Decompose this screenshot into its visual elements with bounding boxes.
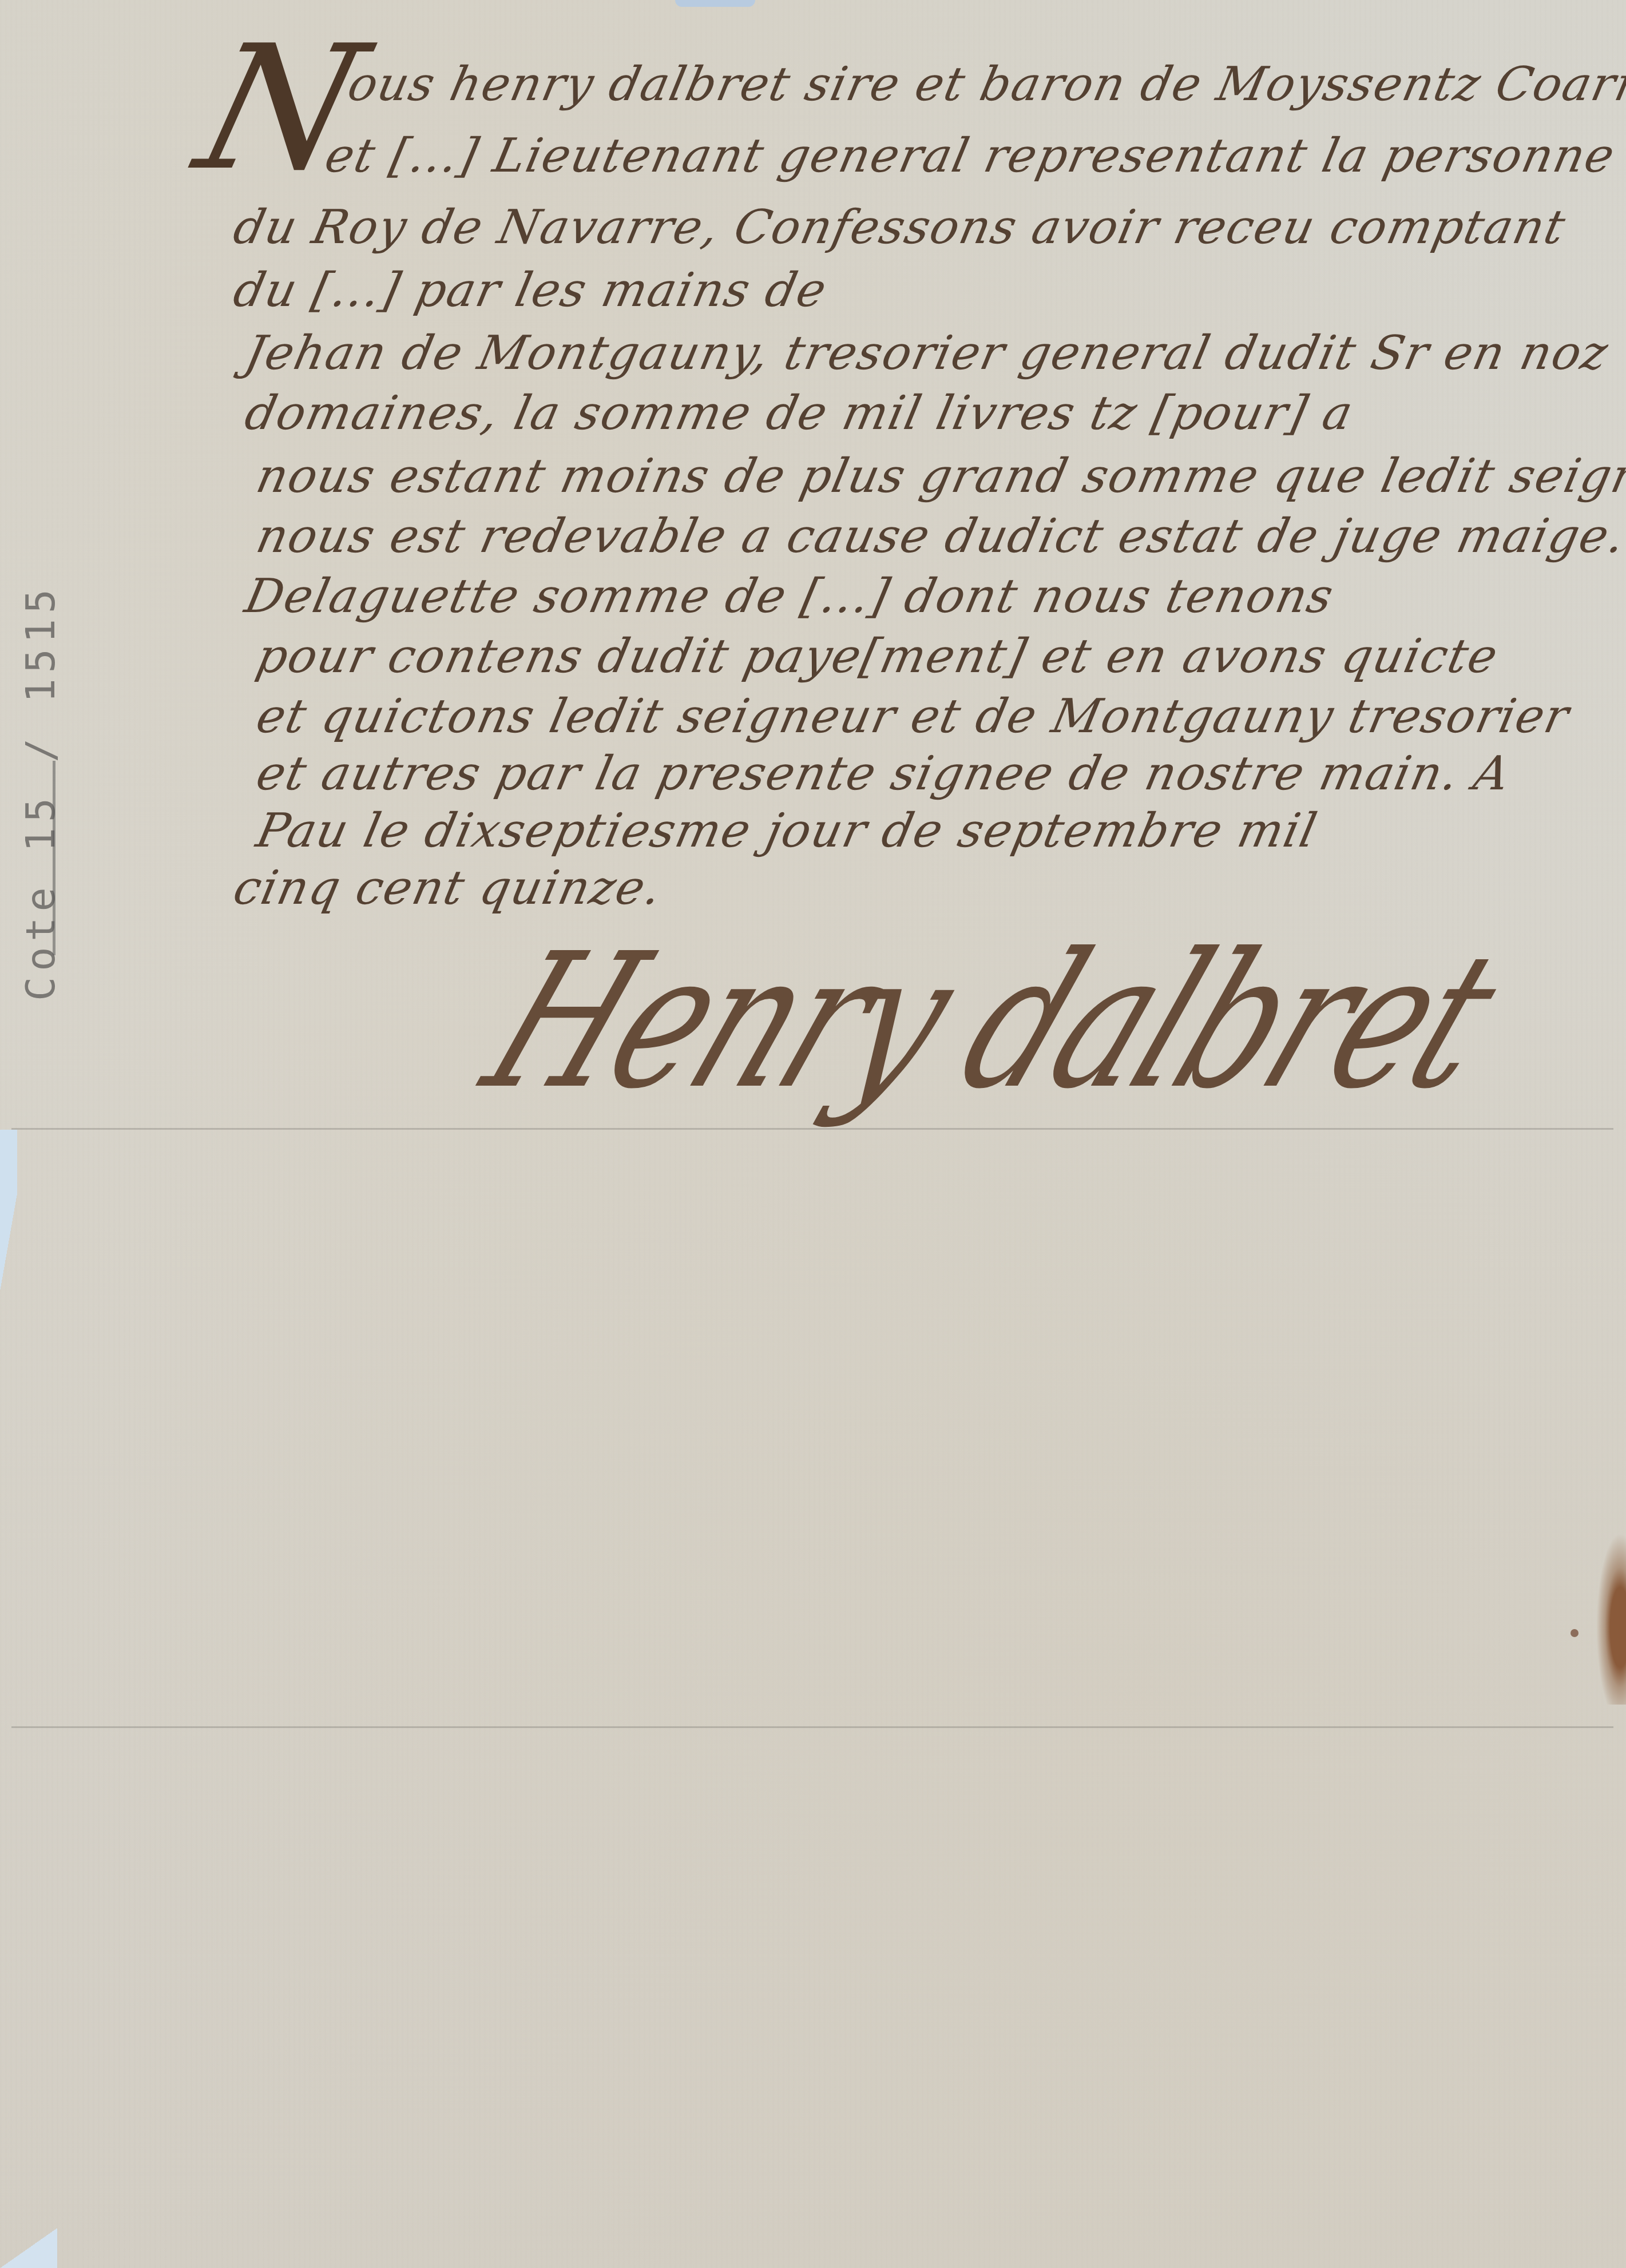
- manuscript-line: et [...] Lieutenant general representant…: [320, 129, 1620, 183]
- manuscript-line: domaines, la somme de mil livres tz [pou…: [240, 386, 1358, 440]
- manuscript-line: Pau le dixseptiesme jour de septembre mi…: [252, 804, 1322, 858]
- signature: Henry dalbret: [460, 913, 1524, 1129]
- water-stain: [1596, 1533, 1626, 1705]
- margin-rule: [53, 761, 55, 955]
- manuscript-line: nous est redevable a cause dudict estat …: [252, 509, 1626, 563]
- manuscript-line: et quictons ledit seigneur et de Montgau…: [252, 689, 1575, 744]
- manuscript-line: du Roy de Navarre, Confessons avoir rece…: [229, 200, 1571, 255]
- torn-edge-top: [675, 0, 755, 7]
- manuscript-line: cinq cent quinze.: [229, 861, 667, 915]
- torn-corner-bottom-left: [0, 2219, 57, 2268]
- fold-line: [11, 1726, 1613, 1728]
- ink-spot: [1571, 1629, 1579, 1637]
- archival-margin-note: Cote 15 / 1515: [17, 583, 64, 1001]
- manuscript-line: ous henry dalbret sire et baron de Moyss…: [343, 57, 1626, 112]
- manuscript-line: nous estant moins de plus grand somme qu…: [252, 449, 1626, 503]
- manuscript-line: et autres par la presente signee de nost…: [252, 746, 1516, 801]
- manuscript-line: Jehan de Montgauny, tresorier general du…: [240, 326, 1613, 380]
- torn-edge-left: [0, 1130, 17, 1301]
- manuscript-line: Delaguette somme de [...] dont nous teno…: [240, 569, 1339, 623]
- manuscript-line: du [...] par les mains de: [229, 263, 832, 317]
- manuscript-line: pour contens dudit paye[ment] et en avon…: [252, 629, 1503, 684]
